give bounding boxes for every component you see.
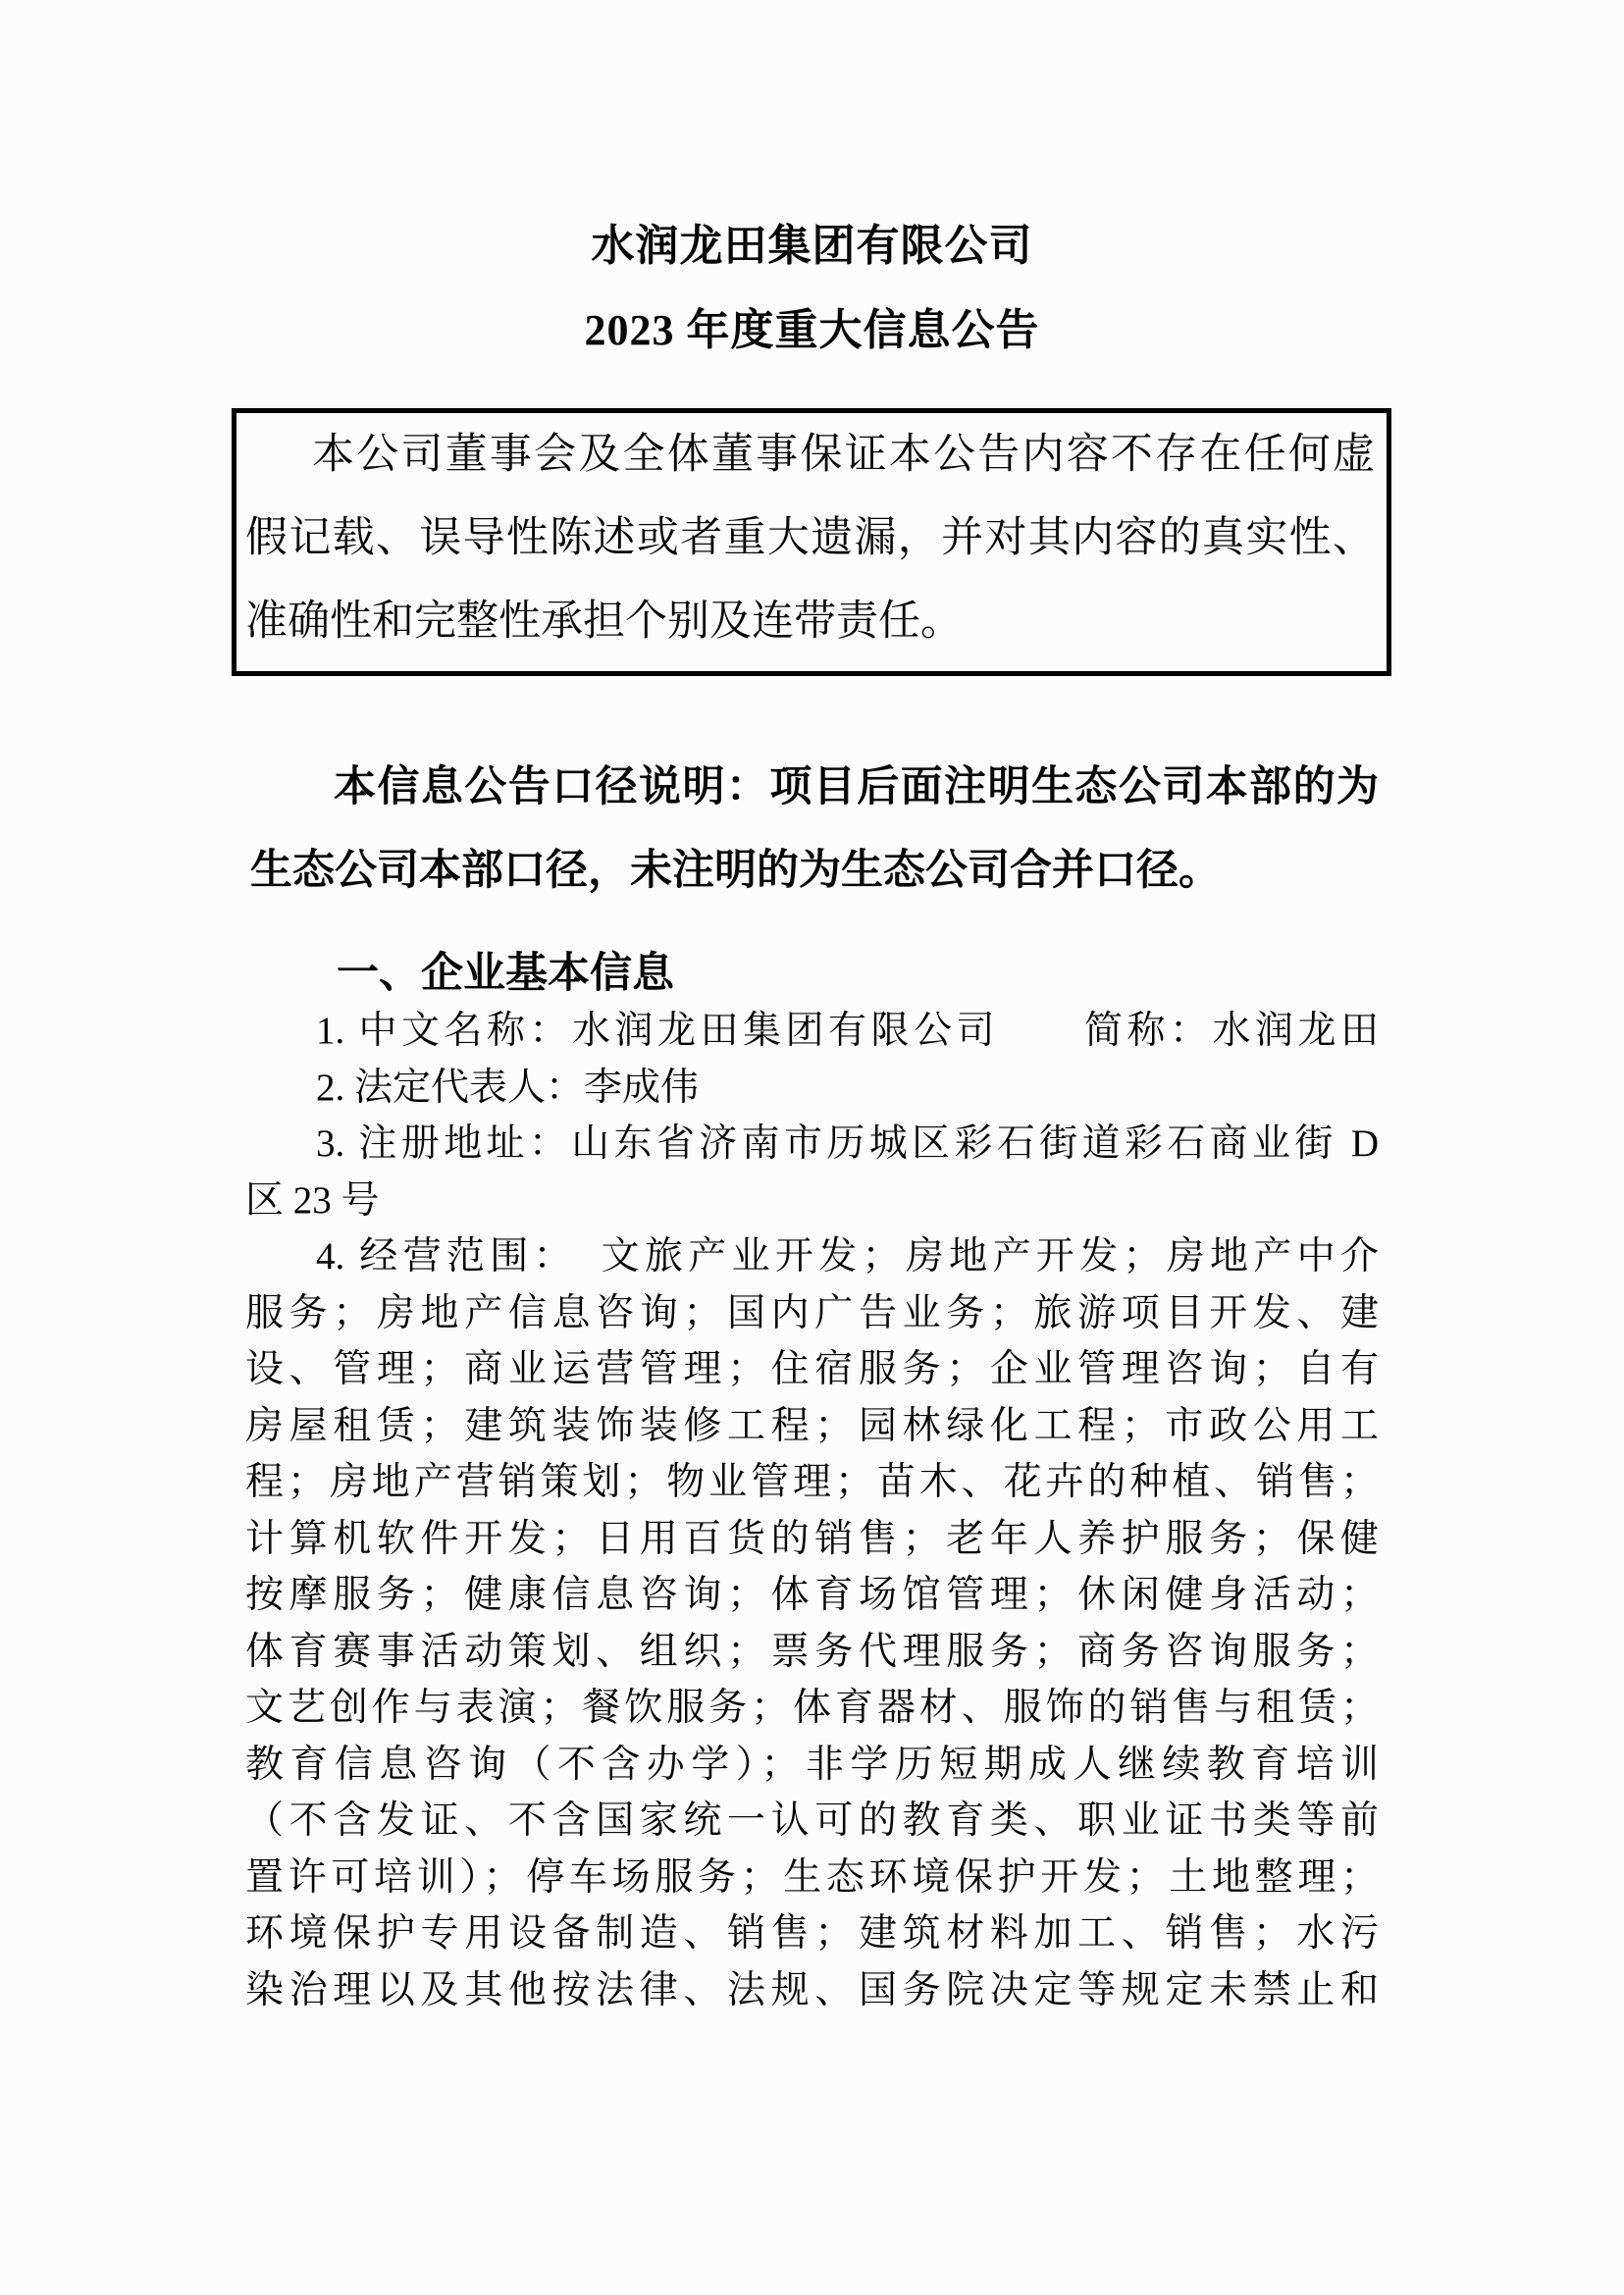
document-title: 水润龙田集团有限公司 [0,0,1624,273]
business-scope-line: 置许可培训）；停车场服务；生态环境保护开发；土地整理； [245,1850,1379,1906]
info-item-registered-address-continuation: 区 23 号 [245,1173,1379,1229]
business-scope-line: 教育信息咨询（不含办学）；非学历短期成人继续教育培训 [245,1737,1379,1794]
notice-line: 假记载、误导性陈述或者重大遗漏，并对其内容的真实性、 [245,496,1375,580]
business-scope-line: 文艺创作与表演；餐饮服务；体育器材、服饰的销售与租赁； [245,1680,1379,1737]
notice-line: 准确性和完整性承担个别及连带责任。 [245,580,1375,663]
caliber-note: 本信息公告口径说明：项目后面注明生态公司本部的为 生态公司本部口径，未注明的为生… [250,746,1379,913]
business-scope-line: 设、管理；商业运营管理；住宿服务；企业管理咨询；自有 [245,1341,1379,1398]
info-item-legal-representative: 2. 法定代表人：李成伟 [245,1060,1379,1117]
section-heading-basic-info: 一、企业基本信息 [245,946,1379,1003]
basic-info-list: 1. 中文名称：水润龙田集团有限公司 简称：水润龙田 2. 法定代表人：李成伟 … [245,1003,1379,2018]
notice-line: 本公司董事会及全体董事保证本公告内容不存在任何虚 [245,413,1375,496]
board-guarantee-notice-box: 本公司董事会及全体董事保证本公告内容不存在任何虚 假记载、误导性陈述或者重大遗漏… [232,408,1391,676]
document-subtitle: 2023 年度重大信息公告 [0,304,1624,357]
business-scope-line: 4. 经营范围： 文旅产业开发；房地产开发；房地产中介 [245,1228,1379,1285]
business-scope-line: 环境保护专用设备制造、销售；建筑材料加工、销售；水污 [245,1905,1379,1962]
info-item-registered-address: 3. 注册地址：山东省济南市历城区彩石街道彩石商业街 D [245,1116,1379,1173]
business-scope-line: 程；房地产营销策划；物业管理；苗木、花卉的种植、销售； [245,1454,1379,1511]
caliber-note-line: 生态公司本部口径，未注明的为生态公司合并口径。 [250,829,1379,913]
business-scope-line: 服务；房地产信息咨询；国内广告业务；旅游项目开发、建 [245,1285,1379,1342]
business-scope-line: 体育赛事活动策划、组织；票务代理服务；商务咨询服务； [245,1624,1379,1681]
business-scope-line: 房屋租赁；建筑装饰装修工程；园林绿化工程；市政公用工 [245,1398,1379,1455]
caliber-note-line: 本信息公告口径说明：项目后面注明生态公司本部的为 [250,746,1379,829]
info-item-chinese-name: 1. 中文名称：水润龙田集团有限公司 简称：水润龙田 [245,1003,1379,1060]
business-scope-line: （不含发证、不含国家统一认可的教育类、职业证书类等前 [245,1793,1379,1850]
business-scope-line: 按摩服务；健康信息咨询；体育场馆管理；休闲健身活动； [245,1567,1379,1624]
business-scope-line: 染治理以及其他按法律、法规、国务院决定等规定未禁止和 [245,1962,1379,2019]
document-page: 水润龙田集团有限公司 2023 年度重大信息公告 本公司董事会及全体董事保证本公… [0,0,1624,2295]
business-scope-line: 计算机软件开发；日用百货的销售；老年人养护服务；保健 [245,1511,1379,1568]
